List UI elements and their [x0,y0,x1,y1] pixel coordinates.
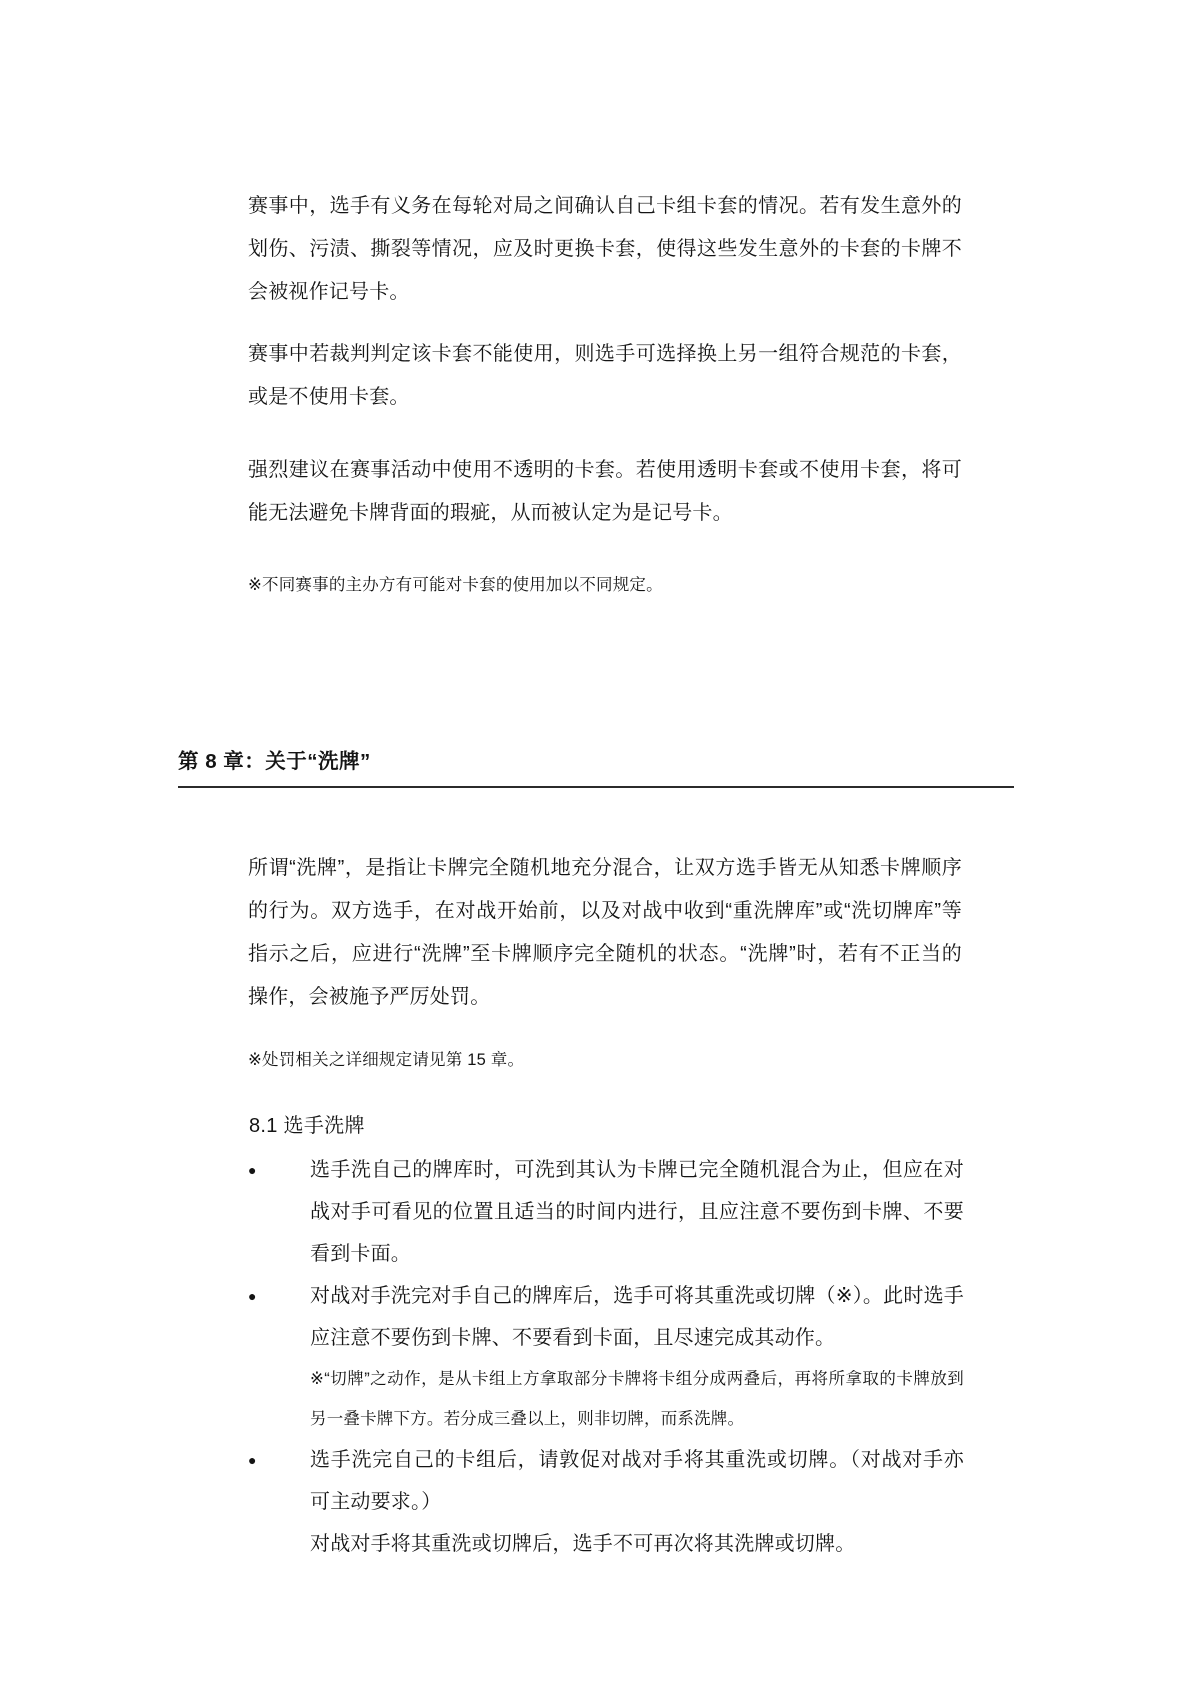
document-page: 赛事中，选手有义务在每轮对局之间确认自己卡组卡套的情况。若有发生意外的划伤、污渍… [0,0,1190,1683]
bullet-continuation-no-reshuffle: 对战对手将其重洗或切牌后，选手不可再次将其洗牌或切牌。 [310,1523,964,1565]
bullet-icon: ● [248,1149,310,1275]
bullet-text-urge-opponent: 选手洗完自己的卡组后，请敦促对战对手将其重洗或切牌。（对战对手亦可主动要求。） [310,1439,964,1523]
paragraph-shuffle-definition: 所谓“洗牌”，是指让卡牌完全随机地充分混合，让双方选手皆无从知悉卡牌顺序的行为。… [248,847,962,1019]
shuffle-rules-bullet-list: ● 选手洗自己的牌库时，可洗到其认为卡牌已完全随机混合为止，但应在对战对手可看见… [248,1149,964,1565]
bullet-icon: ● [248,1439,310,1523]
bullet-item-opponent-shuffle: ● 对战对手洗完对手自己的牌库后，选手可将其重洗或切牌（※）。此时选手应注意不要… [248,1275,964,1359]
bullet-item-urge-opponent: ● 选手洗完自己的卡组后，请敦促对战对手将其重洗或切牌。（对战对手亦可主动要求。… [248,1439,964,1523]
paragraph-opaque-recommendation: 强烈建议在赛事活动中使用不透明的卡套。若使用透明卡套或不使用卡套，将可能无法避免… [248,449,962,535]
subsection-8-1-heading: 8.1 选手洗牌 [249,1112,365,1140]
paragraph-sleeve-check: 赛事中，选手有义务在每轮对局之间确认自己卡组卡套的情况。若有发生意外的划伤、污渍… [248,185,962,314]
bullet-text-self-shuffle: 选手洗自己的牌库时，可洗到其认为卡牌已完全随机混合为止，但应在对战对手可看见的位… [310,1149,964,1275]
bullet-group-opponent-shuffle: ● 对战对手洗完对手自己的牌库后，选手可将其重洗或切牌（※）。此时选手应注意不要… [248,1275,964,1439]
bullet-subnote-cut-definition: ※“切牌”之动作，是从卡组上方拿取部分卡牌将卡组分成两叠后，再将所拿取的卡牌放到… [310,1359,964,1439]
bullet-item-self-shuffle: ● 选手洗自己的牌库时，可洗到其认为卡牌已完全随机混合为止，但应在对战对手可看见… [248,1149,964,1275]
bullet-icon: ● [248,1275,310,1359]
note-penalty-reference: ※处罚相关之详细规定请见第 15 章。 [248,1045,962,1075]
note-organizer-rules: ※不同赛事的主办方有可能对卡套的使用加以不同规定。 [248,570,962,600]
bullet-text-opponent-shuffle: 对战对手洗完对手自己的牌库后，选手可将其重洗或切牌（※）。此时选手应注意不要伤到… [310,1275,964,1359]
paragraph-judge-ruling: 赛事中若裁判判定该卡套不能使用，则选手可选择换上另一组符合规范的卡套，或是不使用… [248,333,962,419]
chapter-8-heading: 第 8 章：关于“洗牌” [178,748,1014,788]
bullet-group-urge-opponent: ● 选手洗完自己的卡组后，请敦促对战对手将其重洗或切牌。（对战对手亦可主动要求。… [248,1439,964,1565]
